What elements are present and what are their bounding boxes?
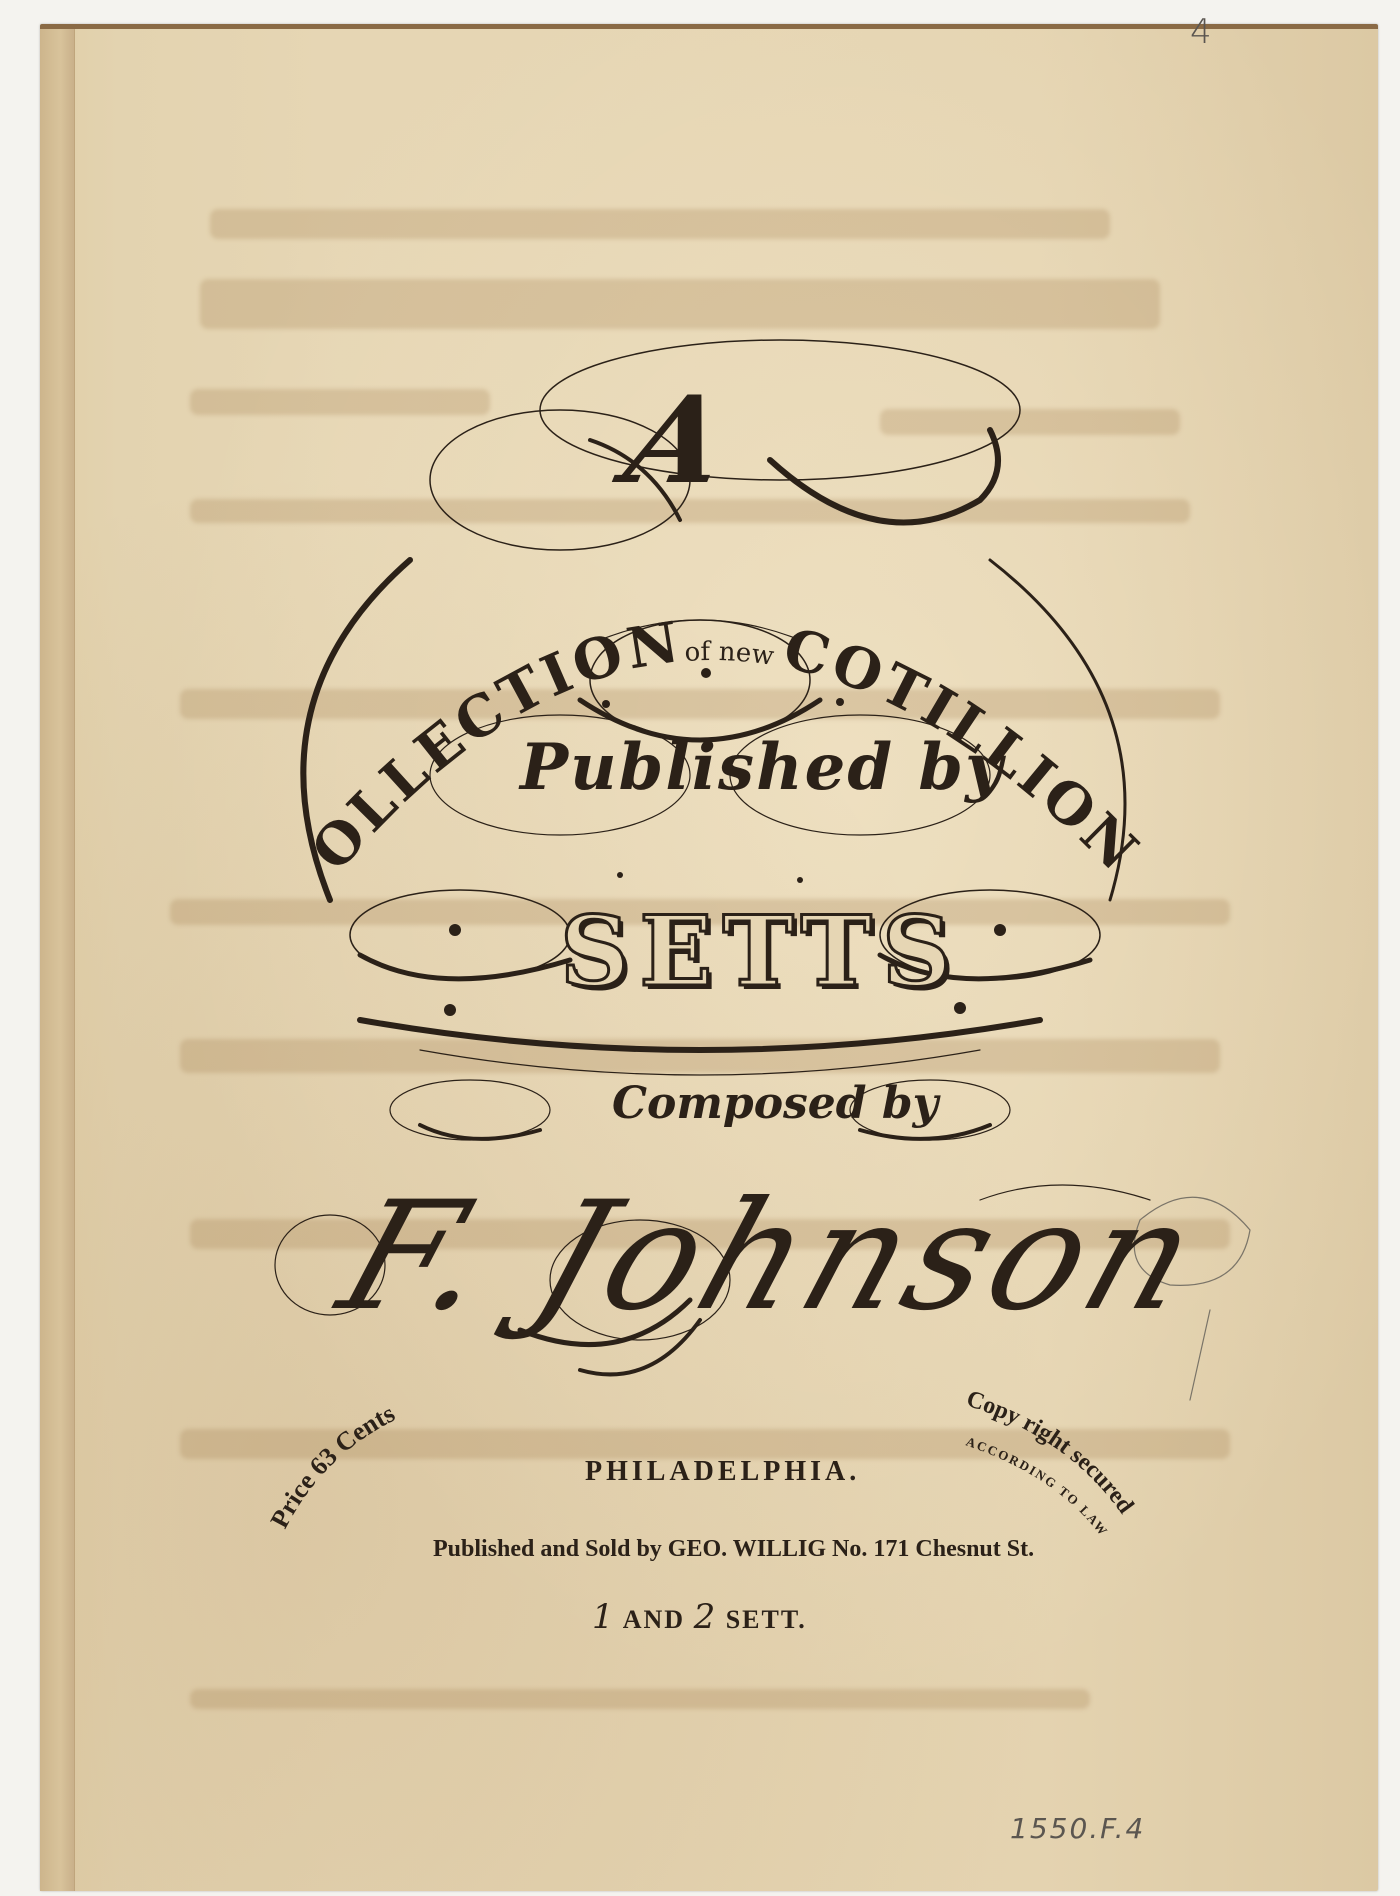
composer-name: F. Johnson — [322, 1170, 1222, 1344]
sett-line: 1 AND 2 SETT. — [592, 1597, 807, 1637]
sett-first-number: 1 — [592, 1597, 616, 1637]
city-text: PHILADELPHIA. — [585, 1456, 860, 1488]
pencil-page-number: 4 — [1190, 12, 1212, 52]
publisher-imprint: Published and Sold by GEO. WILLIG No. 17… — [433, 1536, 1034, 1563]
composed-by-text: Composed by — [612, 1078, 938, 1129]
published-by-text: Published by — [520, 730, 1004, 805]
sett-and: AND — [623, 1605, 685, 1634]
sett-word: SETT. — [726, 1605, 807, 1634]
setts-heading: SETTS — [560, 895, 961, 1008]
sett-second-number: 2 — [694, 1597, 718, 1637]
pencil-catalog-number: 1550.F.4 — [1010, 1812, 1145, 1845]
price-text: Price 63 Cents — [265, 1399, 400, 1533]
